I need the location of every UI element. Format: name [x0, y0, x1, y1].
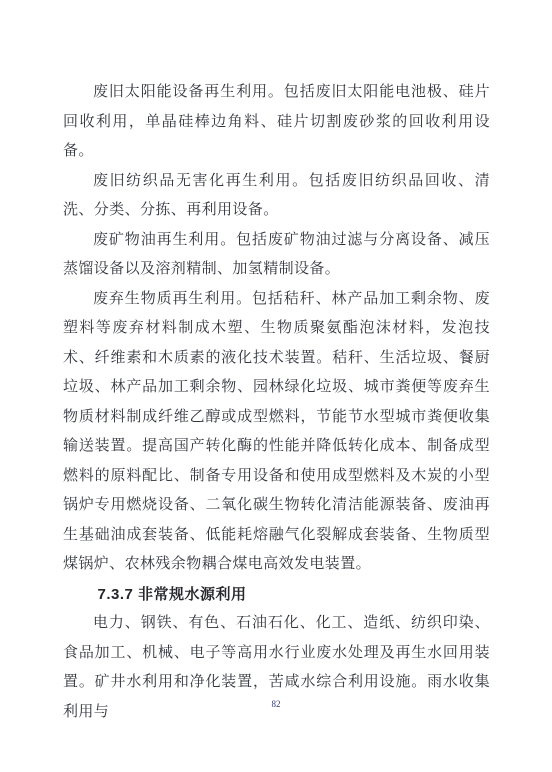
paragraph-textile-recycling: 废旧纺织品无害化再生利用。包括废旧纺织品回收、清洗、分类、分拣、再利用设备。 [63, 167, 490, 226]
paragraph-waste-oil-recycling: 废矿物油再生利用。包括废矿物油过滤与分离设备、减压蒸馏设备以及溶剂精制、加氢精制… [63, 226, 490, 285]
section-heading-7-3-7: 7.3.7 非常规水源利用 [63, 580, 490, 610]
page-number: 82 [0, 698, 552, 710]
paragraph-solar-equipment-recycling: 废旧太阳能设备再生利用。包括废旧太阳能电池极、硅片回收利用，单晶硅棒边角料、硅片… [63, 78, 490, 167]
text-block: 废旧太阳能设备再生利用。包括废旧太阳能电池极、硅片回收利用，单晶硅棒边角料、硅片… [63, 78, 490, 727]
paragraph-waste-biomass-recycling: 废弃生物质再生利用。包括秸秆、林产品加工剩余物、废塑料等废弃材料制成木塑、生物质… [63, 285, 490, 580]
document-page: 废旧太阳能设备再生利用。包括废旧太阳能电池极、硅片回收利用，单晶硅棒边角料、硅片… [0, 0, 552, 772]
